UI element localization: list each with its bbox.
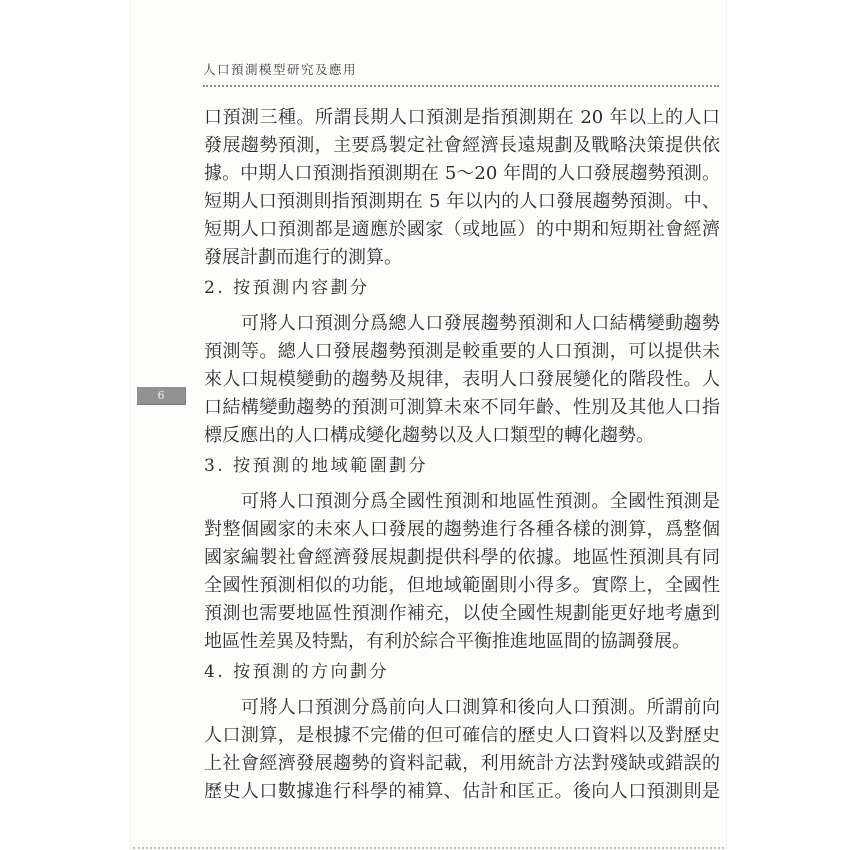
body-text-line: 預測等。總人口發展趨勢預測是較重要的人口預測，可以提供未 [204,338,720,366]
book-page: 人口預測模型研究及應用 6 口預測三種。所謂長期人口預測是指預測期在 20 年以… [130,0,727,850]
body-text-line: 可將人口預測分爲全國性預測和地區性預測。全國性預測是 [204,488,720,516]
page-number: 6 [158,389,165,402]
paragraph-region-division: 可將人口預測分爲全國性預測和地區性預測。全國性預測是 對整個國家的未來人口發展的… [204,488,720,656]
body-text-line: 對整個國家的未來人口發展的趨勢進行各種各樣的測算，爲整個 [204,516,720,544]
body-text-line: 發展趨勢預測，主要爲製定社會經濟長遠規劃及戰略決策提供依 [204,132,720,160]
section-heading-3: 3. 按預測的地域範圍劃分 [204,452,720,480]
body-text-line: 短期人口預測則指預測期在 5 年以内的人口發展趨勢預測。中、 [204,188,720,216]
running-header: 人口預測模型研究及應用 [203,60,357,78]
paragraph-content-division: 可將人口預測分爲總人口發展趨勢預測和人口結構變動趨勢 預測等。總人口發展趨勢預測… [204,310,720,450]
body-text-line: 預測也需要地區性預測作補充，以使全國性規劃能更好地考慮到 [204,600,720,628]
page-content: 口預測三種。所謂長期人口預測是指預測期在 20 年以上的人口 發展趨勢預測，主要… [204,104,720,806]
body-text-line: 口結構變動趨勢的預測可測算未來不同年齡、性別及其他人口指 [204,394,720,422]
section-heading-4: 4. 按預測的方向劃分 [204,658,720,686]
body-text-line: 可將人口預測分爲總人口發展趨勢預測和人口結構變動趨勢 [204,310,720,338]
body-text-line: 國家編製社會經濟發展規劃提供科學的依據。地區性預測具有同 [204,544,720,572]
body-text-line: 發展計劃而進行的測算。 [204,244,720,272]
body-text-line: 上社會經濟發展趨勢的資料記載，利用統計方法對殘缺或錯誤的 [204,750,720,778]
scanned-page-canvas: 人口預測模型研究及應用 6 口預測三種。所謂長期人口預測是指預測期在 20 年以… [0,0,850,850]
body-text-line: 全國性預測相似的功能，但地域範圍則小得多。實際上，全國性 [204,572,720,600]
body-text-line: 地區性差異及特點，有利於綜合平衡推進地區間的協調發展。 [204,628,720,656]
paragraph-continuation: 口預測三種。所謂長期人口預測是指預測期在 20 年以上的人口 發展趨勢預測，主要… [204,104,720,272]
body-text-line: 歷史人口數據進行科學的補算、估計和匡正。後向人口預測則是 [204,778,720,806]
section-heading-2: 2. 按預測内容劃分 [204,274,720,302]
body-text-line: 來人口規模變動的趨勢及規律，表明人口發展變化的階段性。人 [204,366,720,394]
page-number-badge: 6 [137,387,186,405]
body-text-line: 人口測算，是根據不完備的但可確信的歷史人口資料以及對歷史 [204,722,720,750]
body-text-line: 短期人口預測都是適應於國家（或地區）的中期和短期社會經濟 [204,216,720,244]
body-text-line: 可將人口預測分爲前向人口測算和後向人口預測。所謂前向 [204,694,720,722]
paragraph-direction-division: 可將人口預測分爲前向人口測算和後向人口預測。所謂前向 人口測算，是根據不完備的但… [204,694,720,806]
header-rule [203,79,719,87]
body-text-line: 標反應出的人口構成變化趨勢以及人口類型的轉化趨勢。 [204,422,720,450]
body-text-line: 口預測三種。所謂長期人口預測是指預測期在 20 年以上的人口 [204,104,720,132]
running-header-title: 人口預測模型研究及應用 [203,62,357,77]
body-text-line: 據。中期人口預測指預測期在 5～20 年間的人口發展趨勢預測。 [204,160,720,188]
